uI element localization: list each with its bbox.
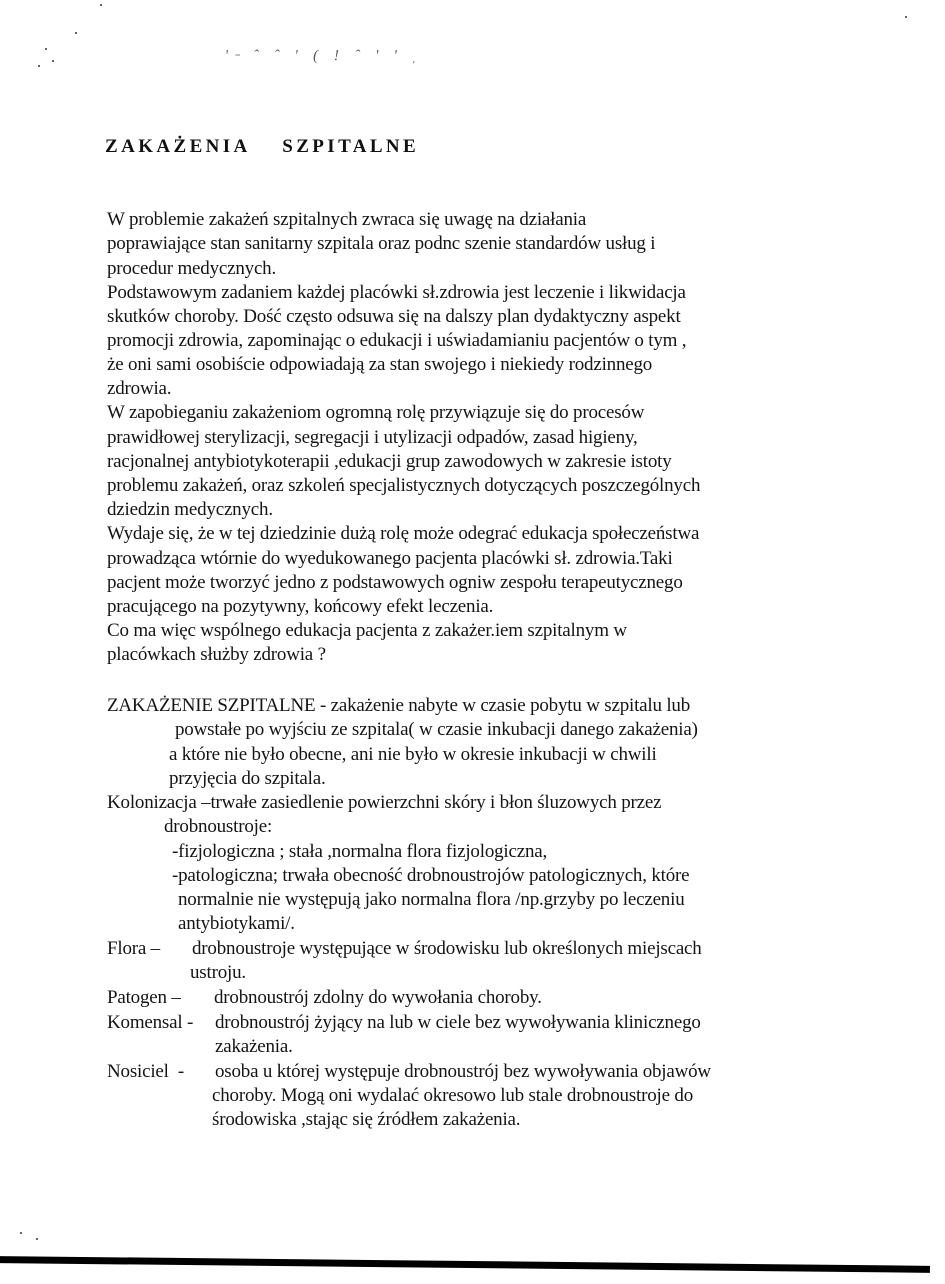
text-line: prowadząca wtórnie do wyedukowanego pacj…	[107, 547, 673, 571]
text-line: zdrowia.	[107, 377, 171, 401]
definition-text: - zakażenie nabyte w czasie pobytu w szp…	[315, 695, 690, 716]
definition-text: zakażenia.	[215, 1035, 293, 1059]
scan-speck	[36, 1238, 38, 1240]
definition-first-line: Kolonizacja –trwałe zasiedlenie powierzc…	[107, 791, 661, 815]
text-line: problemu zakażeń, oraz szkoleń specjalis…	[107, 474, 700, 498]
definition-text: antybiotykami/.	[178, 912, 295, 936]
definition-text: ustroju.	[190, 961, 246, 985]
definition-text: drobnoustrój zdolny do wywołania choroby…	[214, 986, 542, 1010]
text-line: Wydaje się, że w tej dziedzinie dużą rol…	[107, 522, 699, 546]
scan-speck	[45, 48, 47, 50]
scan-edge-bar	[0, 1256, 930, 1273]
text-line: prawidłowej sterylizacji, segregacji i u…	[107, 426, 638, 450]
definition-text: normalnie nie występują jako normalna fl…	[178, 888, 685, 912]
definition-text: -fizjologiczna ; stała ,normalna flora f…	[172, 840, 547, 864]
definition-text: a które nie było obecne, ani nie było w …	[169, 743, 657, 767]
text-line: że oni sami osobiście odpowiadają za sta…	[107, 353, 652, 377]
definition-first-line: ZAKAŻENIE SZPITALNE - zakażenie nabyte w…	[107, 694, 690, 718]
scan-speck	[20, 1232, 22, 1234]
definition-text: przyjęcia do szpitala.	[169, 767, 326, 791]
definition-text: powstałe po wyjściu ze szpitala( w czasi…	[175, 718, 698, 742]
definition-term: Komensal -	[107, 1011, 193, 1035]
text-line: pracującego na pozytywny, końcowy efekt …	[107, 595, 493, 619]
definition-text: środowiska ,stając się źródłem zakażenia…	[212, 1108, 520, 1132]
definition-text: osoba u której występuje drobnoustrój be…	[215, 1060, 711, 1084]
definition-term: Flora –	[107, 937, 160, 961]
text-line: racjonalnej antybiotykoterapii ,edukacji…	[107, 450, 672, 474]
definition-term: Nosiciel -	[107, 1060, 184, 1084]
text-line: poprawiające stan sanitarny szpitala ora…	[107, 232, 655, 256]
text-line: skutków choroby. Dość często odsuwa się …	[107, 305, 681, 329]
text-line: dziedzin medycznych.	[107, 498, 273, 522]
scan-speck	[52, 60, 54, 62]
text-line: Podstawowym zadaniem każdej placówki sł.…	[107, 281, 686, 305]
text-line: promocji zdrowia, zapominając o edukacji…	[107, 329, 686, 353]
scan-speck	[75, 32, 77, 34]
text-line: pacjent może tworzyć jedno z podstawowyc…	[107, 571, 683, 595]
scan-speck	[905, 16, 907, 18]
definition-text: drobnoustrój żyjący na lub w ciele bez w…	[215, 1011, 701, 1035]
page-title: ZAKAŻENIA SZPITALNE	[105, 136, 419, 158]
scan-speck	[38, 65, 40, 67]
scan-speck	[100, 4, 102, 6]
scanned-page: ' ̵ ˆ ˆ ' ( ! ˆ ' ' ˌ ZAKAŻENIA SZPITALN…	[0, 0, 945, 1284]
definition-text: drobnoustroje występujące w środowisku l…	[192, 937, 702, 961]
definition-text: drobnoustroje:	[164, 815, 272, 839]
definition-text: -patologiczna; trwała obecność drobnoust…	[172, 864, 689, 888]
text-line: placówkach służby zdrowia ?	[107, 643, 326, 667]
text-line: W zapobieganiu zakażeniom ogromną rolę p…	[107, 401, 644, 425]
definition-term: Kolonizacja	[107, 792, 197, 813]
definition-text: choroby. Mogą oni wydalać okresowo lub s…	[212, 1084, 693, 1108]
definition-text: –trwałe zasiedlenie powierzchni skóry i …	[197, 792, 662, 813]
definition-term: ZAKAŻENIE SZPITALNE	[107, 695, 315, 716]
text-line: procedur medycznych.	[107, 257, 276, 281]
definition-term: Patogen –	[107, 986, 181, 1010]
text-line: Co ma więc wspólnego edukacja pacjenta z…	[107, 619, 627, 643]
text-line: W problemie zakażeń szpitalnych zwraca s…	[107, 208, 586, 232]
header-handwriting: ' ̵ ˆ ˆ ' ( ! ˆ ' ' ˌ	[224, 48, 425, 65]
